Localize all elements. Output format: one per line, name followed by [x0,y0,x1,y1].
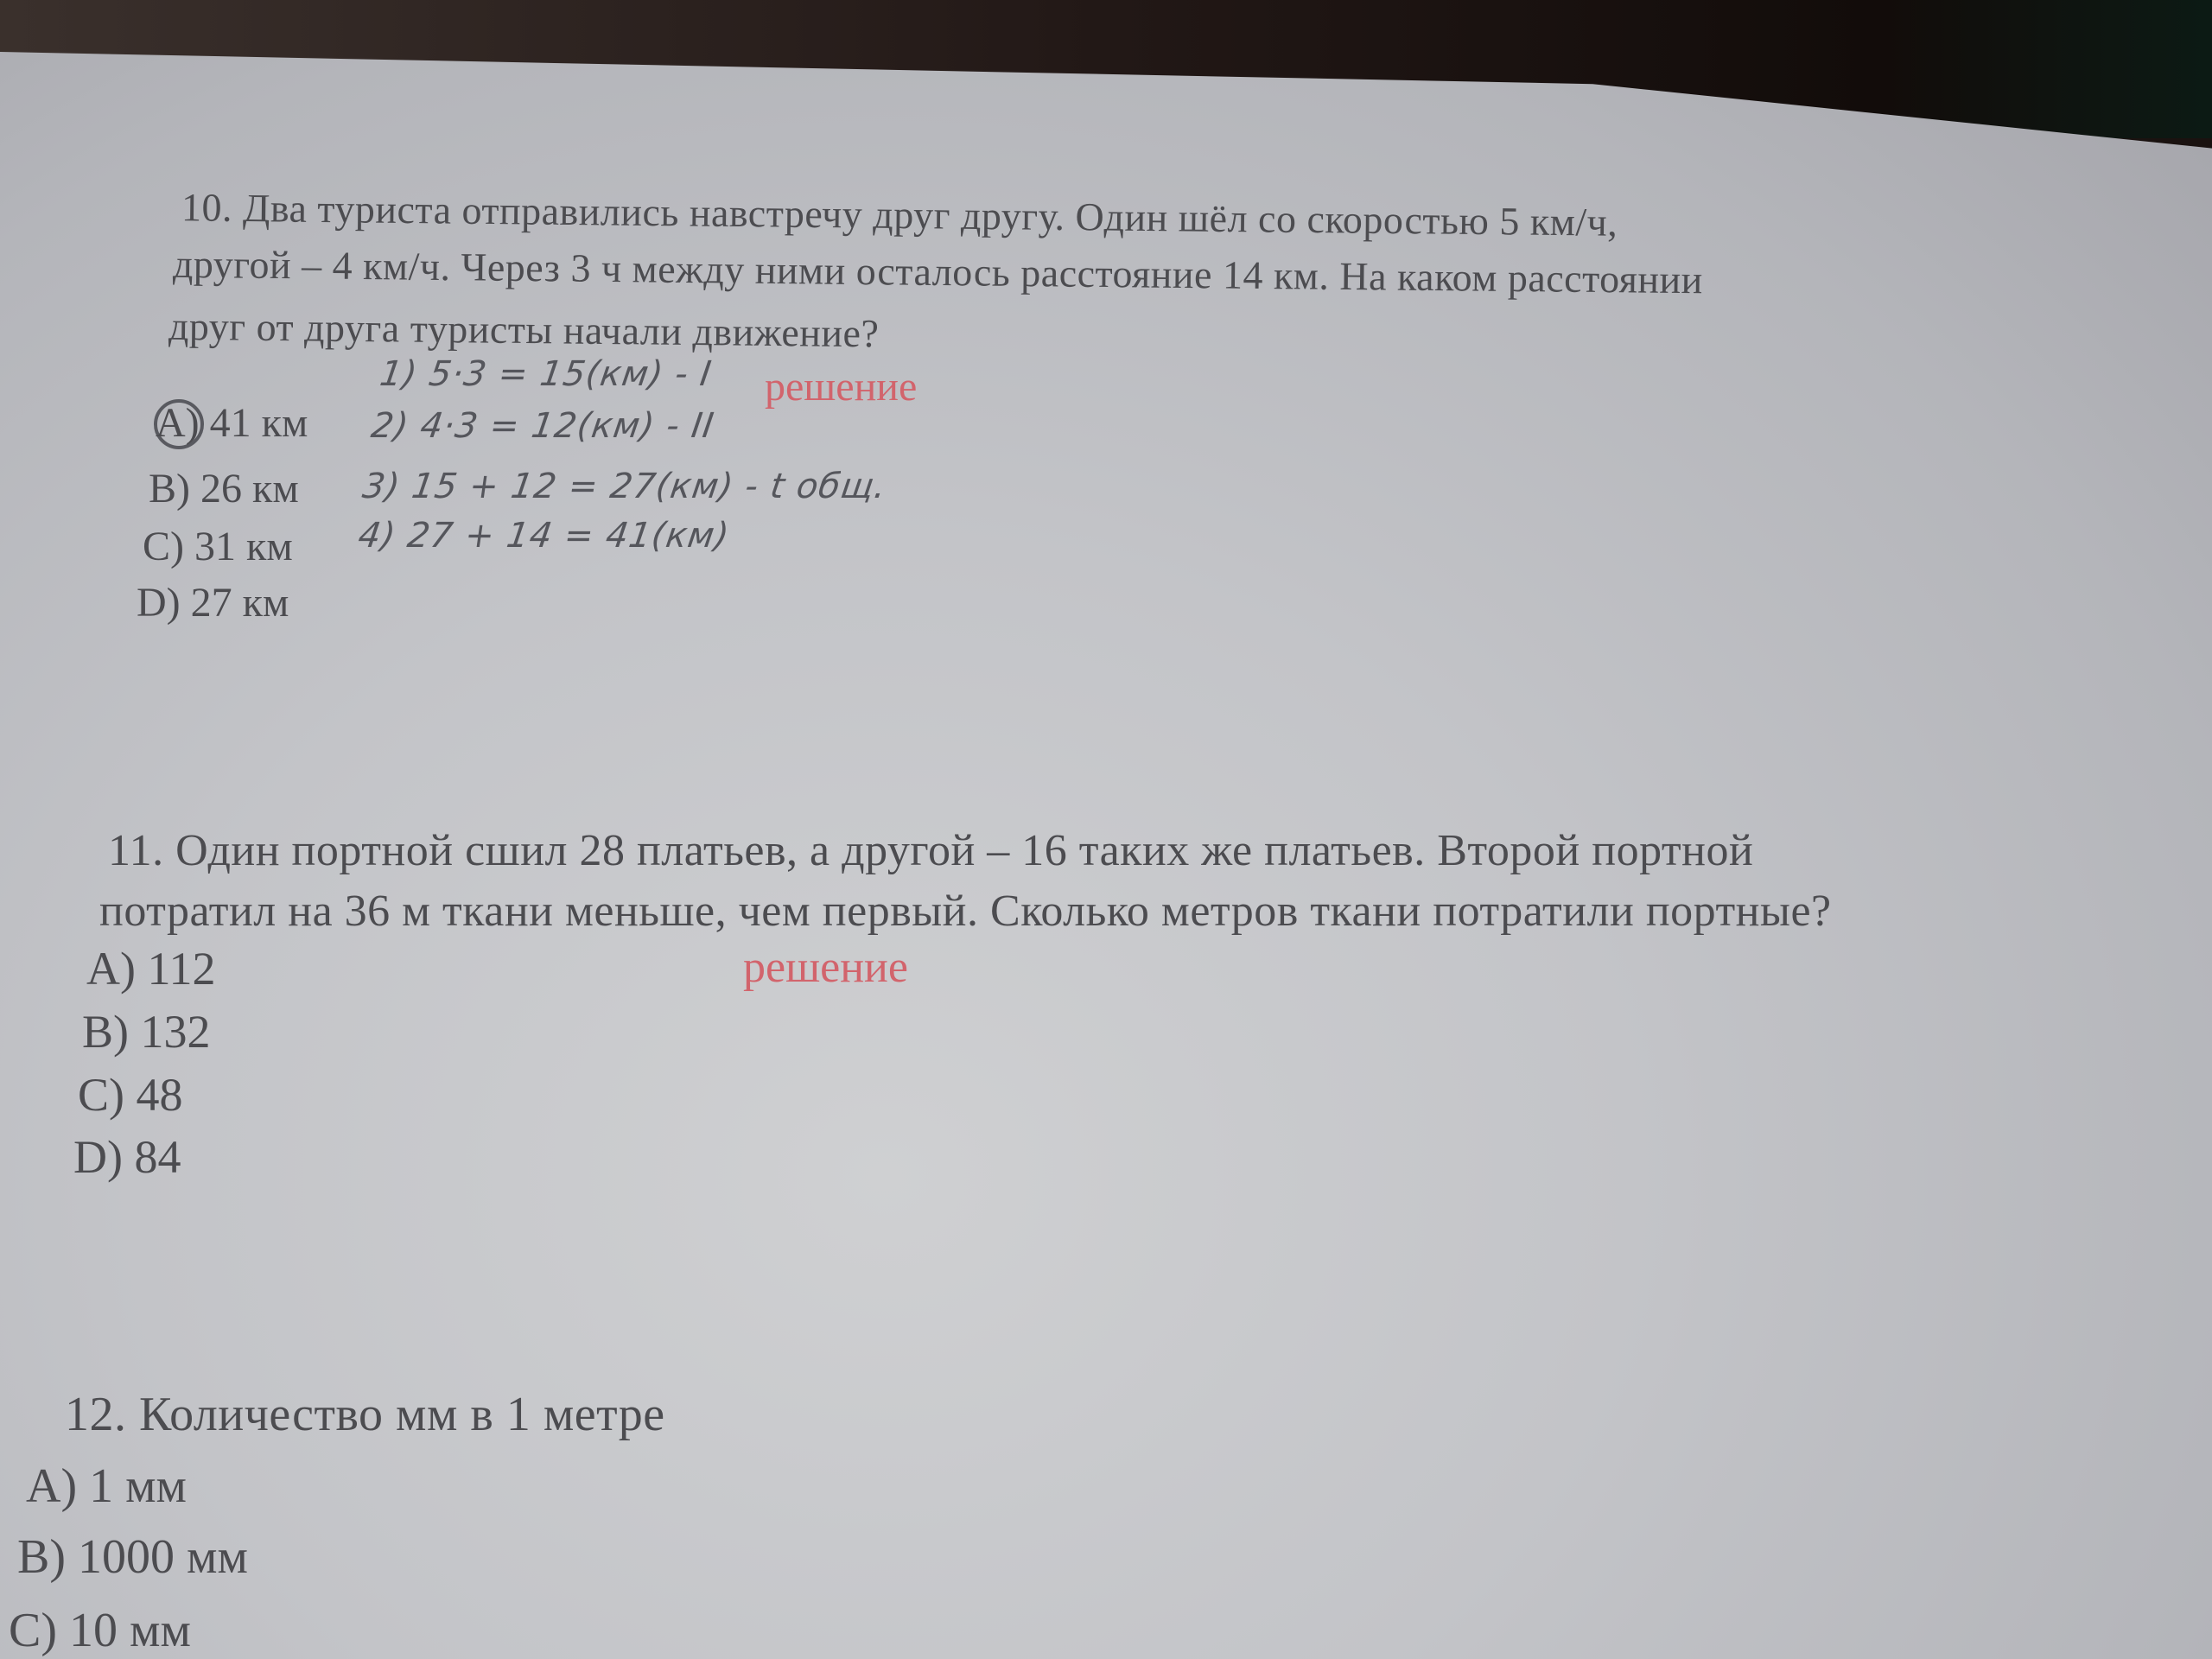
option-11-c: C) 48 [78,1068,183,1122]
handwritten-step-4: 4) 27 + 14 = 41(км) [356,516,732,556]
solution-label-10: решение [765,363,917,410]
question-12-line-1: 12. Количество мм в 1 метре [65,1387,665,1442]
handwritten-step-3: 3) 15 + 12 = 27(км) - t общ. [360,467,889,506]
question-11-line-1: 11. Один портной сшил 28 платьев, а друг… [108,825,1753,876]
option-11-b: B) 132 [82,1005,211,1058]
option-11-a: A) 112 [86,942,215,995]
option-11-d: D) 84 [73,1130,181,1184]
question-10-line-3: друг от друга туристы начали движение? [168,303,880,357]
option-12-c: C) 10 мм [9,1603,191,1658]
option-10-d: D) 27 км [137,579,289,626]
option-10-a: A) 41 км [156,399,308,447]
option-12-b: B) 1000 мм [17,1529,248,1585]
question-11-line-2: потратил на 36 м ткани меньше, чем первы… [99,886,1832,937]
handwritten-step-1: 1) 5·3 = 15(км) - I [378,354,715,394]
option-10-c: C) 31 км [143,523,293,570]
handwritten-step-2: 2) 4·3 = 12(км) - II [369,406,717,446]
option-10-b: B) 26 км [149,465,299,512]
option-12-a: A) 1 мм [26,1459,187,1514]
solution-label-11: решение [743,942,908,993]
